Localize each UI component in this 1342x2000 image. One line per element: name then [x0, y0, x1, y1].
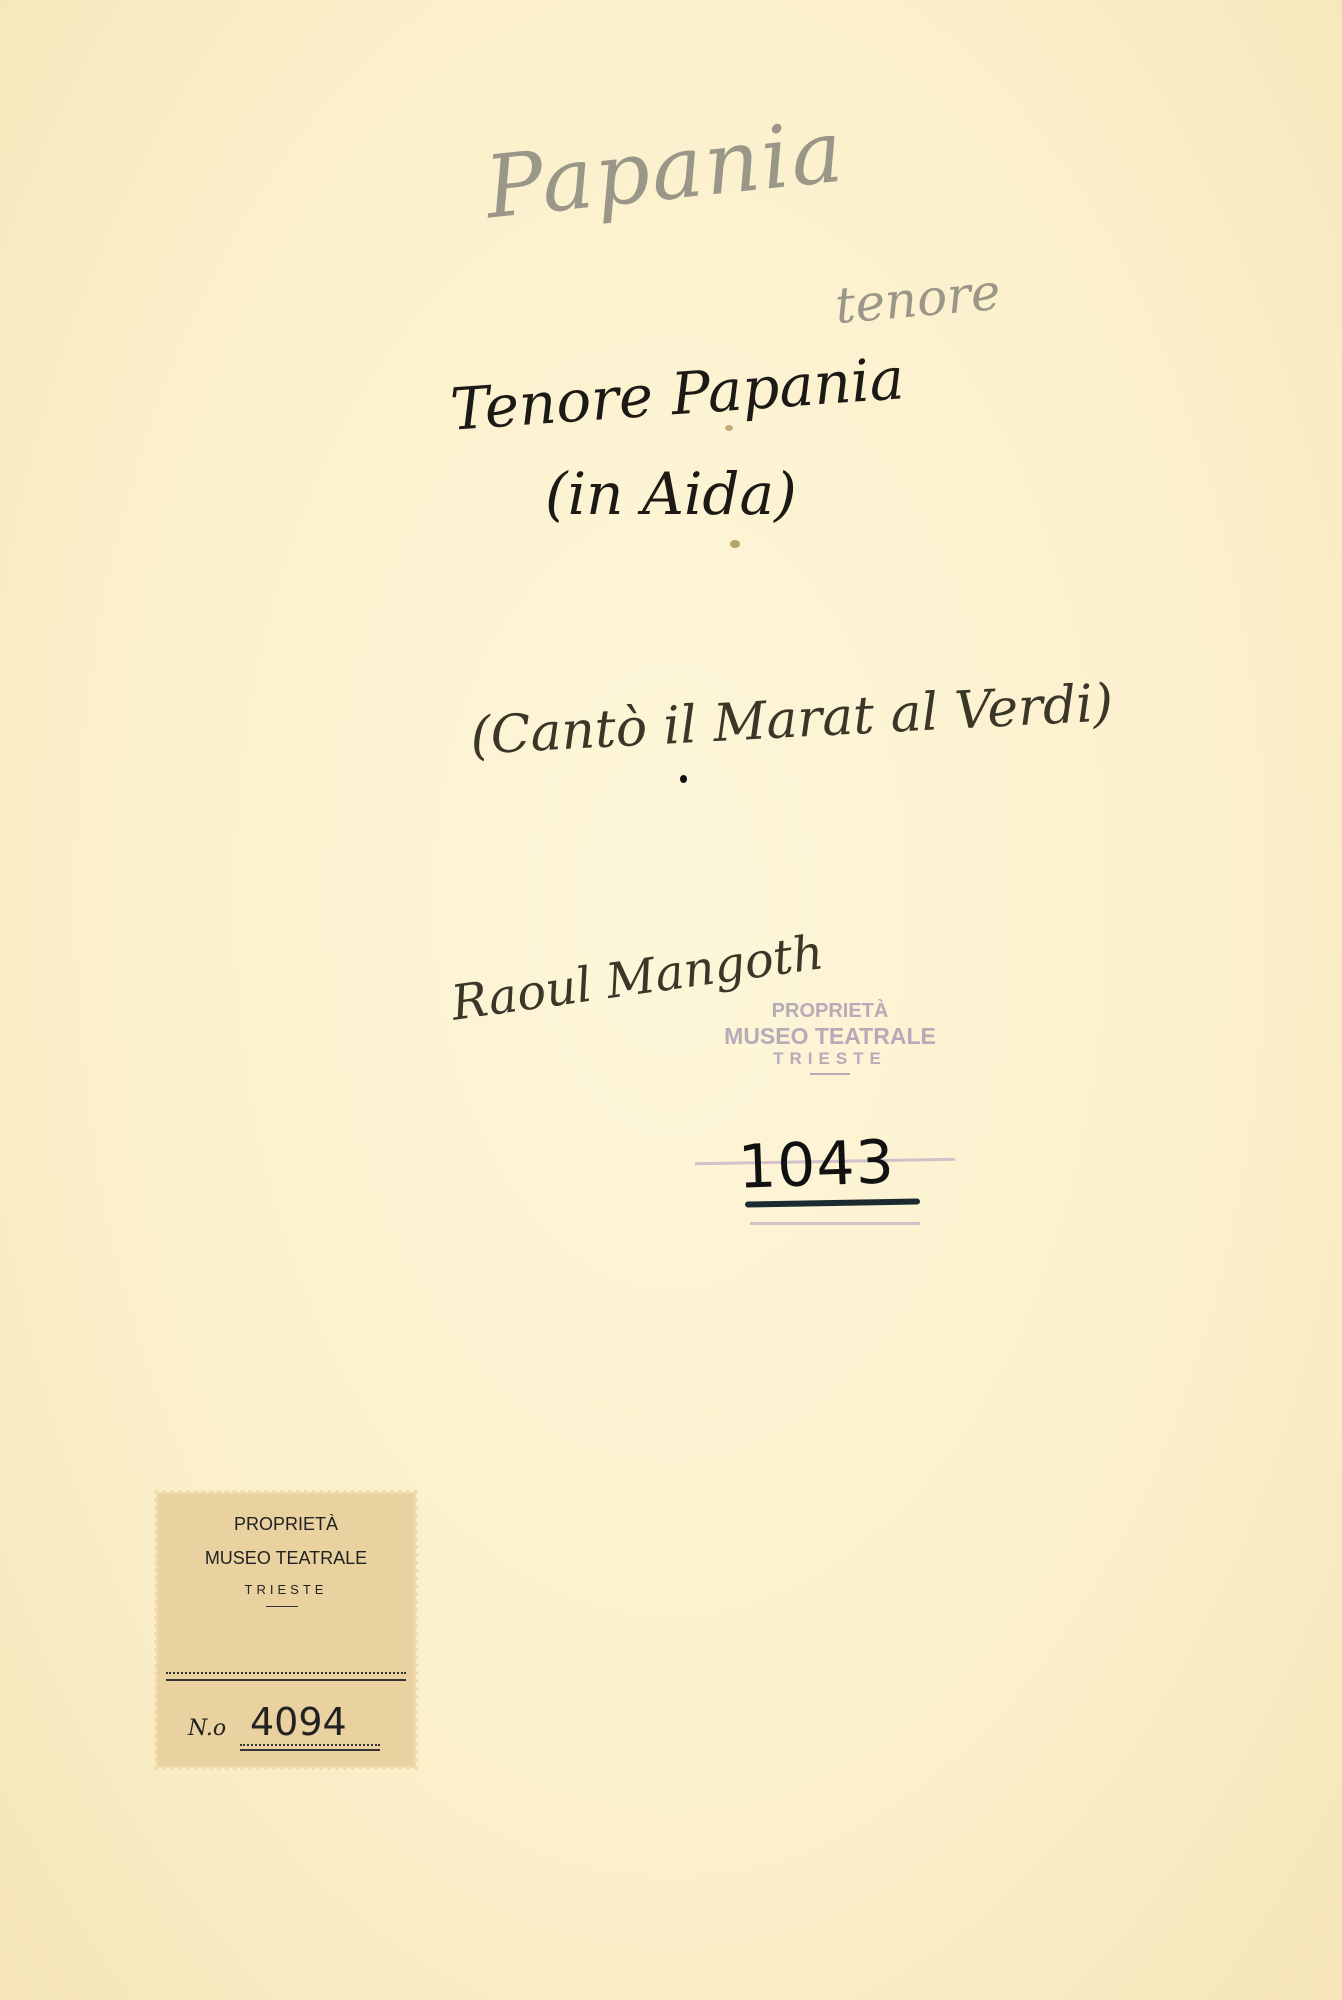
faded-museum-stamp: PROPRIETÀ MUSEO TEATRALE TRIESTE: [700, 1000, 960, 1075]
stamp-rule: [810, 1073, 850, 1075]
stamp-line: [750, 1222, 920, 1225]
label-line-1: PROPRIETÀ: [158, 1514, 414, 1535]
stamp-line-3: TRIESTE: [700, 1049, 960, 1069]
stain-mark: [725, 425, 733, 431]
stamp-line-1: PROPRIETÀ: [700, 1000, 960, 1023]
label-separator: [166, 1672, 406, 1674]
label-number-line: [240, 1749, 380, 1751]
label-number-prefix: N.o: [188, 1716, 226, 1741]
label-dash: [266, 1606, 298, 1607]
label-line-2: MUSEO TEATRALE: [158, 1548, 414, 1569]
label-line-3: TRIESTE: [158, 1582, 414, 1597]
catalog-number: 1043: [737, 1127, 896, 1202]
ink-dot: [680, 775, 687, 783]
label-number-value: 4094: [250, 1700, 347, 1744]
stain-mark: [730, 540, 740, 548]
museum-property-label: PROPRIETÀ MUSEO TEATRALE TRIESTE N.o 409…: [158, 1494, 414, 1766]
label-separator: [166, 1679, 406, 1681]
inscription-line-2: (in Aida): [545, 460, 797, 528]
stamp-line-2: MUSEO TEATRALE: [700, 1023, 960, 1049]
label-number-line: [240, 1744, 380, 1746]
